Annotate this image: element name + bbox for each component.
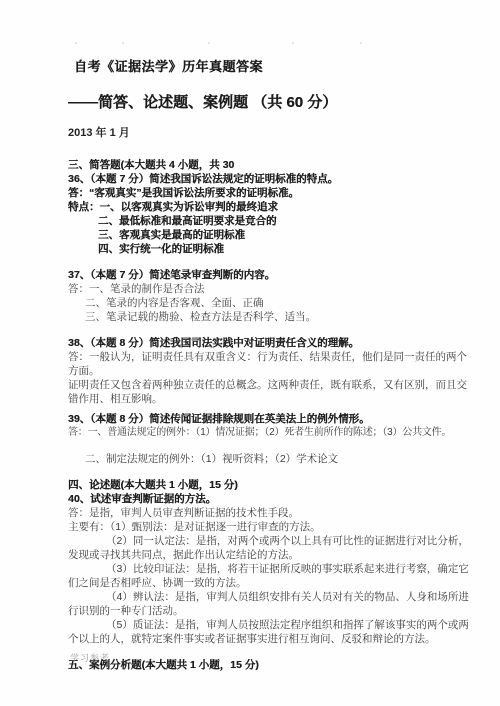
q40-question: 40、试述审查判断证据的方法。 (68, 492, 470, 506)
q36-answer: 答：“客观真实”是我国诉讼法所要求的证明标准。 (68, 186, 470, 200)
q37-item-2: 二、笔录的内容是否客观、全面、正确 (68, 296, 470, 310)
doc-title: 自考《证据法学》历年真题答案 (74, 56, 470, 75)
section-short-answer: 三、简答题(本大题共 4 小题，共 30 36、（本题 7 分）简述我国诉讼法规… (68, 158, 470, 256)
q36-feature-3: 三、客观真实是最高的证明标准 (68, 228, 470, 242)
q40-answer-intro: 答：是指，审判人员审查判断证据的技术性手段。 (68, 506, 470, 520)
scan-speck (75, 42, 77, 44)
question-39: 39、（本题 8 分）简述传闻证据排除规则在英美法上的例外情形。 答：一、普通法… (68, 412, 470, 466)
document-content: 自考《证据法学》历年真题答案 ——简答、论述题、案例题 （共 60 分） 201… (68, 56, 470, 684)
doc-subtitle: ——简答、论述题、案例题 （共 60 分） (68, 91, 470, 112)
q40-method-2: （2）同一认定法：是指，对两个或两个以上具有可比性的证据进行对比分析，发现或寻找… (68, 534, 470, 562)
watermark: 学习参考 (70, 651, 110, 664)
section-essay: 四、论述题(本大题共 1 小题，15 分) 40、试述审查判断证据的方法。 答：… (68, 478, 470, 646)
q39-question: 39、（本题 8 分）简述传闻证据排除规则在英美法上的例外情形。 (68, 412, 470, 426)
q40-method-3: （3）比较印证法：是指，将若干证据所反映的事实联系起来进行考察，确定它们之间是否… (68, 562, 470, 590)
q38-paragraph-2: 证明责任又包含着两种独立责任的总概念。这两种责任，既有联系，又有区别，而且交错作… (68, 378, 470, 406)
document-page: 自考《证据法学》历年真题答案 ——简答、论述题、案例题 （共 60 分） 201… (0, 0, 500, 706)
doc-date: 2013 年 1 月 (68, 124, 470, 140)
q40-method-4: （4）辨认法：是指，审判人员组织安排有关人员对有关的物品、人身和场所进行识别的一… (68, 590, 470, 618)
section3-heading: 三、简答题(本大题共 4 小题，共 30 (68, 158, 470, 172)
scan-speck (292, 42, 294, 44)
q40-method-5: （5）质证法：是指，审判人员按照法定程序组织和指挥了解该事实的两个或两个以上的人… (68, 618, 470, 646)
q38-paragraph-1: 答：一般认为，证明责任具有双重含义：行为责任、结果责任，他们是同一责任的两个方面… (68, 350, 470, 378)
q40-method-1: 主要有：（1）甄别法：是对证据逐一进行审查的方法。 (68, 520, 470, 534)
section-case-analysis: 五、案例分析题(本大题共 1 小题，15 分) (68, 658, 470, 672)
q37-item-3: 三、笔录记载的勘验、检查方法是否科学、适当。 (68, 310, 470, 324)
q38-question: 38、（本题 8 分）简述我国司法实践中对证明责任含义的理解。 (68, 336, 470, 350)
section5-heading: 五、案例分析题(本大题共 1 小题，15 分) (68, 658, 470, 672)
q36-feature-2: 二、最低标准和最高证明要求是竞合的 (68, 214, 470, 228)
q36-feature-4: 四、实行统一化的证明标准 (68, 242, 470, 256)
q37-item-1: 答：一、笔录的制作是否合法 (68, 282, 470, 296)
scan-speck (122, 42, 124, 44)
scan-speck (208, 42, 210, 44)
question-37: 37、（本题 7 分）简述笔录审查判断的内容。 答：一、笔录的制作是否合法 二、… (68, 268, 470, 324)
question-38: 38、（本题 8 分）简述我国司法实践中对证明责任含义的理解。 答：一般认为，证… (68, 336, 470, 406)
section4-heading: 四、论述题(本大题共 1 小题，15 分) (68, 478, 470, 492)
q36-question: 36、（本题 7 分）简述我国诉讼法规定的证明标准的特点。 (68, 172, 470, 186)
q37-question: 37、（本题 7 分）简述笔录审查判断的内容。 (68, 268, 470, 282)
q36-features-intro: 特点：一、以客观真实为诉讼审判的最终追求 (68, 200, 470, 214)
scan-speck (360, 42, 362, 44)
q39-item-2: 二、制定法规定的例外：（1）视听资料；（2）学术论文 (68, 452, 470, 466)
q39-item-1: 答：一、普通法规定的例外：（1）情况证据；（2）死者生前所作的陈述；（3）公共文… (68, 426, 470, 440)
